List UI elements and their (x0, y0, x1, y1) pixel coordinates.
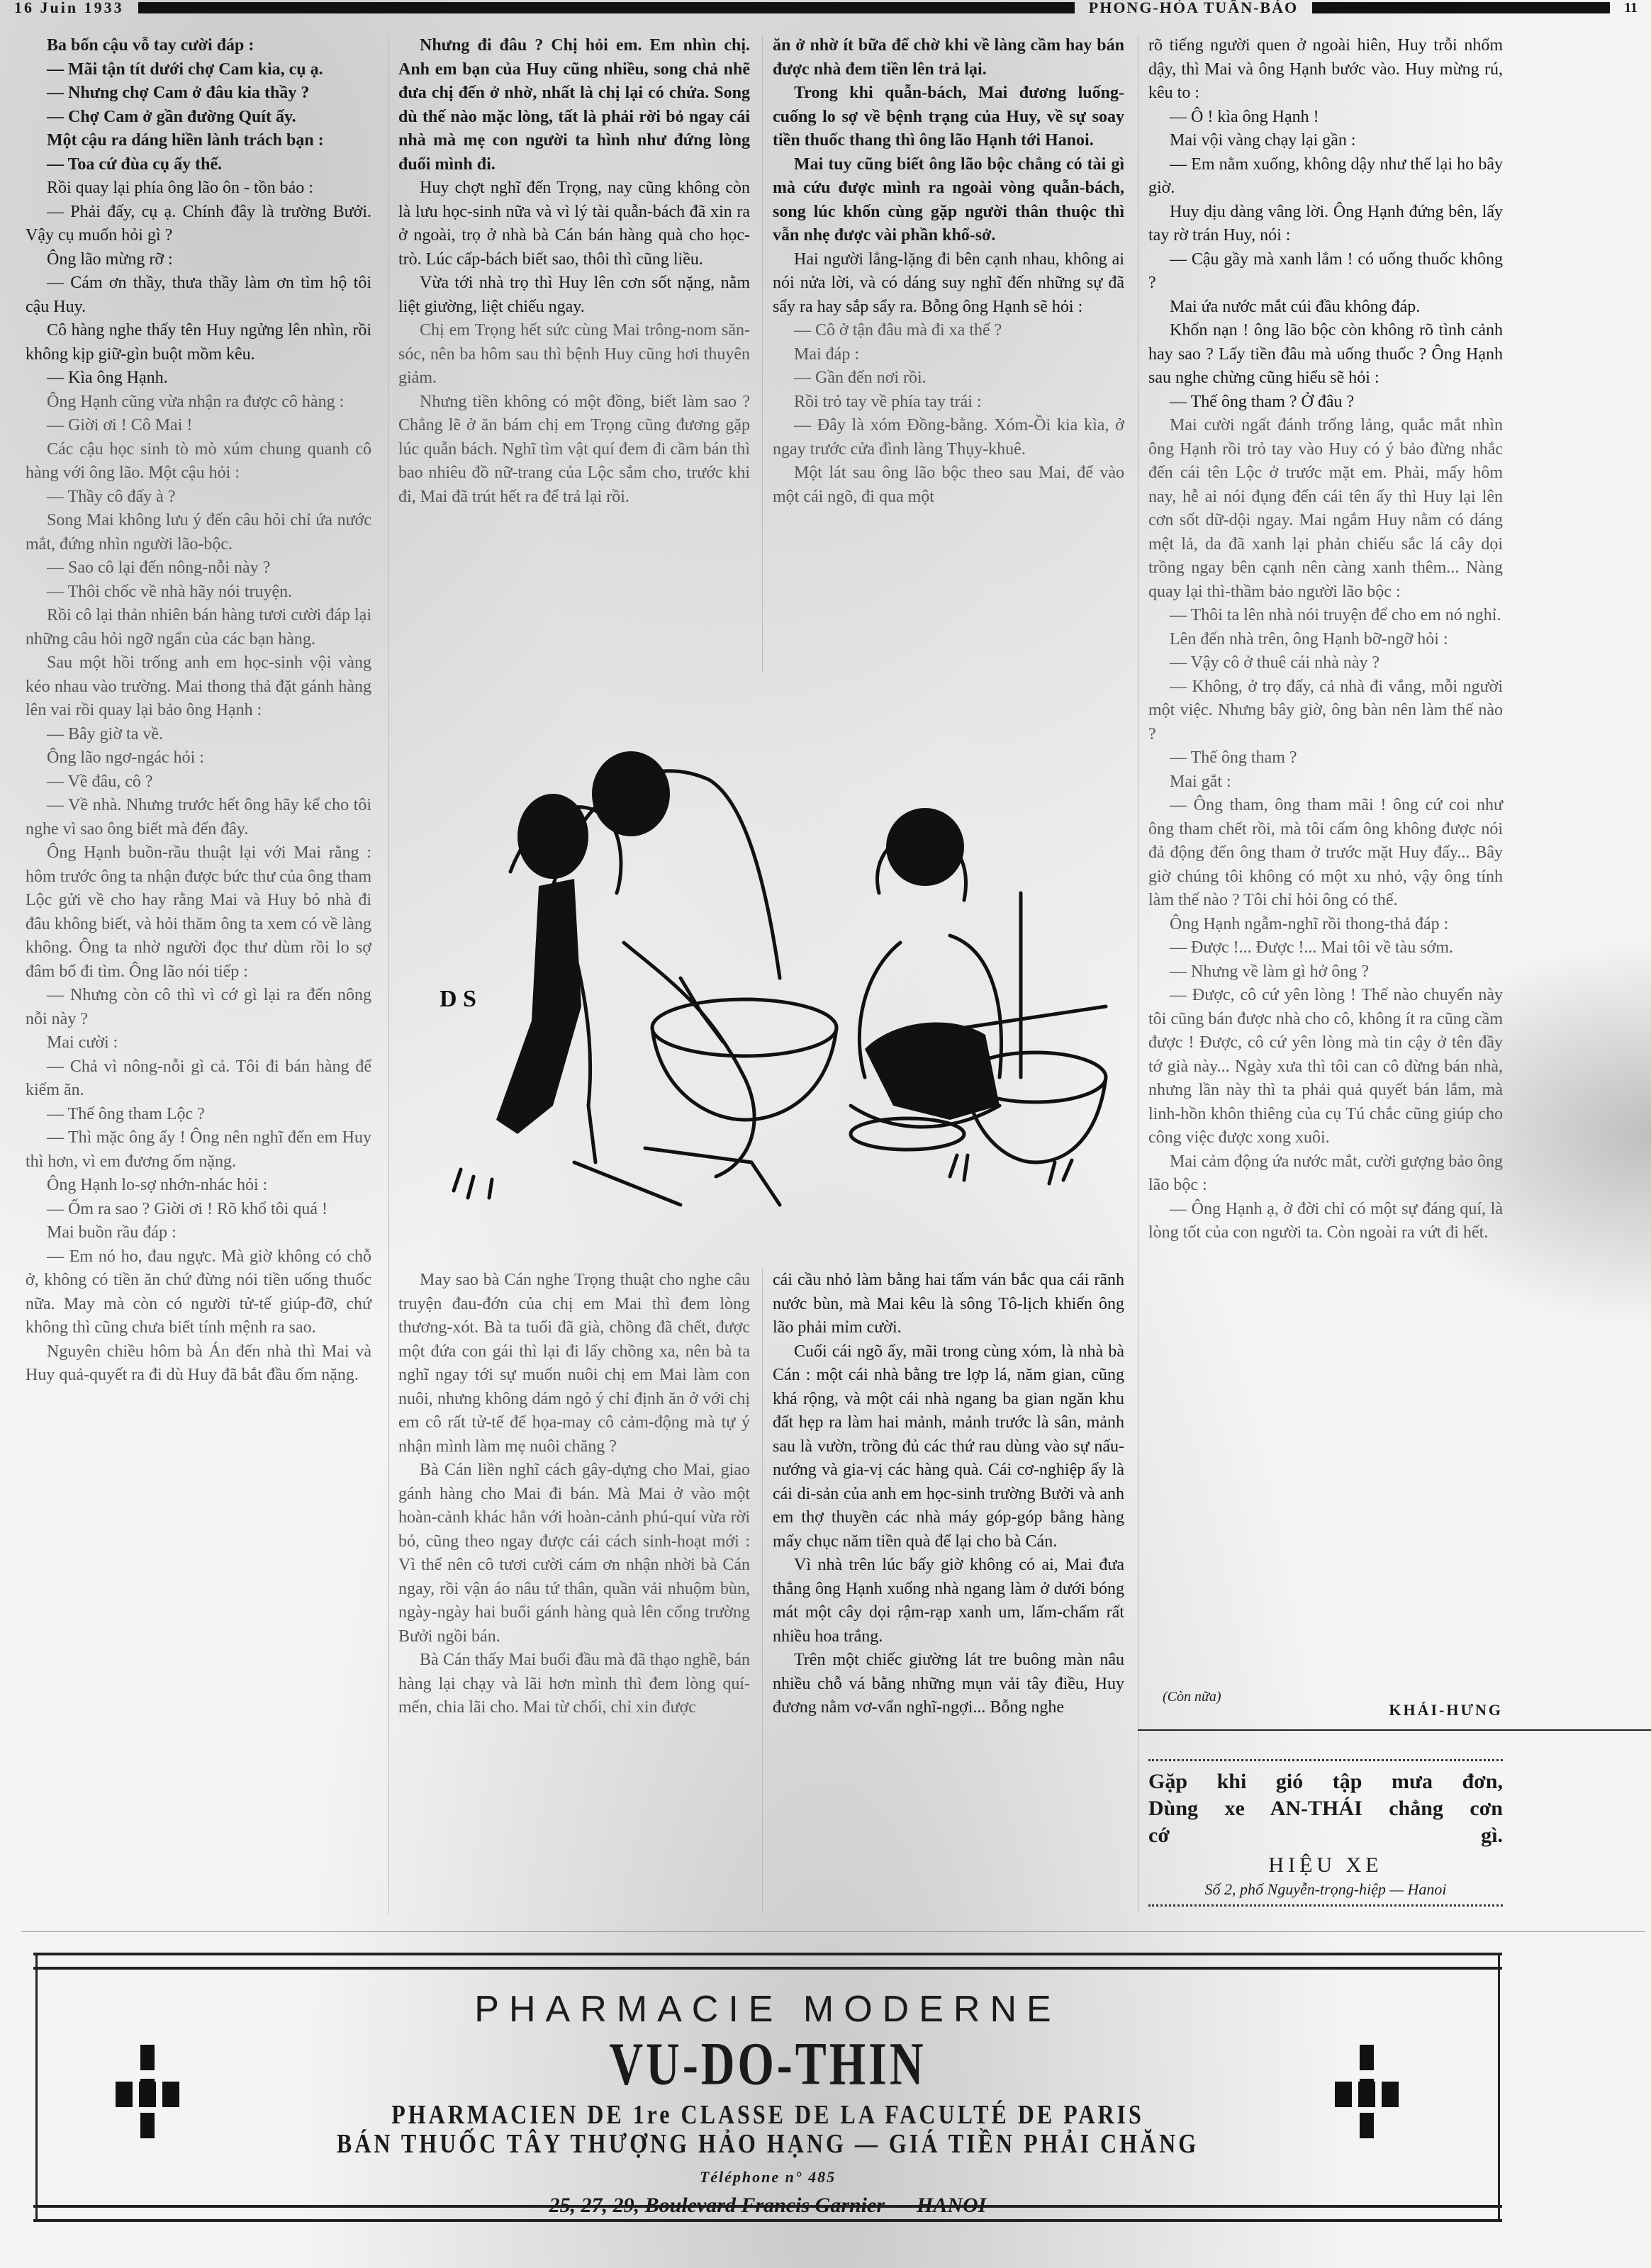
story-paragraph: — Thôi ta lên nhà nói truyện để cho em n… (1148, 604, 1503, 628)
story-column-1: Ba bốn cậu vỗ tay cười đáp :— Mãi tận tí… (26, 34, 371, 1388)
story-paragraph: — Sao cô lại đến nông-nỗi này ? (26, 556, 371, 580)
story-paragraph: Song Mai không lưu ý đến câu hỏi chỉ ứa … (26, 509, 371, 556)
story-paragraph: — Cám ơn thầy, thưa thầy làm ơn tìm hộ t… (26, 271, 371, 319)
story-paragraph: Rồi quay lại phía ông lão ôn - tồn bảo : (26, 176, 371, 201)
story-paragraph: Mai cảm động ứa nước mắt, cười gượng bảo… (1148, 1150, 1503, 1198)
ad-slogan: Gặp khi gió tập mưa đơn, Dùng xe AN-THÁI… (1148, 1768, 1503, 1849)
story-paragraph: Mai buồn rầu đáp : (26, 1221, 371, 1245)
slogan-line: Gặp khi gió tập mưa đơn, (1148, 1770, 1503, 1793)
story-paragraph: Cuối cái ngõ ấy, mãi trong cùng xóm, là … (773, 1340, 1124, 1554)
story-paragraph: May sao bà Cán nghe Trọng thuật cho nghe… (398, 1269, 750, 1459)
publication-title: PHONG-HÓA TUẦN-BÁO (1089, 0, 1298, 17)
story-paragraph: — Ốm ra sao ? Giời ơi ! Rõ khổ tôi quá ! (26, 1198, 371, 1222)
story-paragraph: — Thế ông tham Lộc ? (26, 1103, 371, 1127)
story-paragraph: — Về nhà. Nhưng trước hết ông hãy kể cho… (26, 794, 371, 841)
story-paragraph: — Nhưng còn cô thì vì cớ gì lại ra đến n… (26, 984, 371, 1031)
story-paragraph: Lên đến nhà trên, ông Hạnh bỡ-ngỡ hỏi : (1148, 628, 1503, 652)
story-paragraph: Mai cười : (26, 1031, 371, 1055)
story-column-3-bottom: cái cầu nhỏ làm bằng hai tấm ván bắc qua… (773, 1269, 1124, 1720)
story-paragraph: — Mãi tận tít dưới chợ Cam kia, cụ ạ. (26, 58, 371, 82)
story-paragraph: — Được, cô cứ yên lòng ! Thế nào chuyến … (1148, 984, 1503, 1150)
ad-frame-top (33, 1953, 1502, 1970)
column-divider (762, 35, 763, 673)
story-paragraph: Một lát sau ông lão bộc theo sau Mai, để… (773, 461, 1124, 509)
story-paragraph: — Thì mặc ông ấy ! Ông nên nghĩ đến em H… (26, 1126, 371, 1174)
story-paragraph: Vì nhà trên lúc bấy giờ không có ai, Mai… (773, 1554, 1124, 1649)
dotted-rule (1148, 1759, 1503, 1765)
ad-headline: PHARMACIE MODERNE (38, 1988, 1498, 2031)
story-paragraph: Rồi trỏ tay về phía tay trái : (773, 391, 1124, 415)
story-paragraph: — Về đâu, cô ? (26, 770, 371, 795)
story-paragraph: — Ông Hạnh ạ, ở đời chỉ có một sự đáng q… (1148, 1198, 1503, 1245)
story-paragraph: Mai vội vàng chạy lại gần : (1148, 129, 1503, 153)
story-paragraph: — Bây giờ ta về. (26, 723, 371, 747)
story-paragraph: — Nhưng chợ Cam ở đâu kia thầy ? (26, 82, 371, 106)
story-paragraph: Chị em Trọng hết sức cùng Mai trông-nom … (398, 319, 750, 391)
story-paragraph: cái cầu nhỏ làm bằng hai tấm ván bắc qua… (773, 1269, 1124, 1340)
story-paragraph: Huy dịu dàng vâng lời. Ông Hạnh đứng bên… (1148, 201, 1503, 248)
story-paragraph: — Thế ông tham ? (1148, 746, 1503, 770)
story-paragraph: Rồi cô lại thản nhiên bán hàng tươi cười… (26, 604, 371, 651)
ad-credentials: PHARMACIEN DE 1re CLASSE DE LA FACULTÉ D… (38, 2099, 1498, 2130)
story-paragraph: — Thôi chốc về nhà hãy nói truyện. (26, 580, 371, 605)
page-number: 11 (1624, 0, 1638, 16)
story-paragraph: Huy chợt nghĩ đến Trọng, nay cũng không … (398, 176, 750, 271)
ad-address: 25, 27, 29, Boulevard Francis Garnier — … (38, 2194, 1498, 2218)
ad-telephone: Téléphone n° 485 (38, 2168, 1498, 2186)
story-paragraph: Trong khi quẫn-bách, Mai đương luống-cuố… (773, 82, 1124, 153)
story-paragraph: Ba bốn cậu vỗ tay cười đáp : (26, 34, 371, 58)
story-paragraph: rõ tiếng người quen ở ngoài hiên, Huy tr… (1148, 34, 1503, 106)
story-paragraph: ăn ở nhờ ít bữa để chờ khi về làng cầm h… (773, 34, 1124, 82)
ad-tagline: BÁN THUỐC TÂY THƯỢNG HẢO HẠNG — GIÁ TIỀN… (38, 2128, 1498, 2159)
story-paragraph: — Thế ông tham ? Ở đâu ? (1148, 391, 1503, 415)
story-column-2-bottom: May sao bà Cán nghe Trọng thuật cho nghe… (398, 1269, 750, 1720)
story-paragraph: — Em nó ho, đau ngực. Mà giờ không có ch… (26, 1245, 371, 1340)
story-paragraph: Mai ứa nước mắt cúi đầu không đáp. (1148, 296, 1503, 320)
ad-brand-name: VU-DO-THIN (38, 2030, 1498, 2100)
story-paragraph: — Đây là xóm Đồng-bằng. Xóm-Ồi kia kìa, … (773, 414, 1124, 461)
artist-signature: D S (440, 986, 476, 1012)
story-paragraph: — Thầy cô đấy à ? (26, 485, 371, 510)
story-paragraph: — Ông tham, ông tham mãi ! ông cứ coi nh… (1148, 794, 1503, 913)
header-rule-right (1312, 2, 1610, 13)
column-divider (388, 35, 389, 1914)
story-column-4: rõ tiếng người quen ở ngoài hiên, Huy tr… (1148, 34, 1503, 1245)
slogan-line: cớ gì. (1148, 1822, 1503, 1849)
story-paragraph: Bà Cán liền nghĩ cách gây-dựng cho Mai, … (398, 1459, 750, 1649)
illustration-drawing: D S (411, 709, 1155, 1219)
story-column-2-top: Nhưng đi đâu ? Chị hỏi em. Em nhìn chị. … (398, 34, 750, 509)
page-header: 16 Juin 1933 PHONG-HÓA TUẦN-BÁO 11 (14, 0, 1638, 16)
story-paragraph: — Toa cứ đùa cụ ấy thế. (26, 153, 371, 177)
story-paragraph: Ông lão mừng rỡ : (26, 248, 371, 272)
story-paragraph: Trên một chiếc giường lát tre buông màn … (773, 1649, 1124, 1720)
story-paragraph: — Phải đấy, cụ ạ. Chính đây là trường Bư… (26, 201, 371, 248)
story-paragraph: Nhưng tiền không có một đồng, biết làm s… (398, 391, 750, 510)
ad-pharmacy: PHARMACIE MODERNE VU-DO-THIN PHARMACIEN … (35, 1953, 1500, 2222)
story-paragraph: — Em nằm xuống, không dậy như thế lại ho… (1148, 153, 1503, 201)
ad-separator (21, 1931, 1645, 1932)
header-rule (138, 2, 1075, 13)
story-paragraph: Nguyên chiều hôm bà Án đến nhà thì Mai v… (26, 1340, 371, 1388)
story-paragraph: — Cô ở tận đâu mà đi xa thế ? (773, 319, 1124, 343)
story-paragraph: — Không, ở trọ đấy, cả nhà đi vắng, mỗi … (1148, 675, 1503, 747)
ad-brand: HIỆU XE (1148, 1853, 1503, 1877)
column-divider (762, 1269, 763, 1914)
story-paragraph: Mai đáp : (773, 343, 1124, 367)
story-paragraph: — Ô ! kìa ông Hạnh ! (1148, 106, 1503, 130)
story-paragraph: Hai người lẳng-lặng đi bên cạnh nhau, kh… (773, 248, 1124, 320)
story-column-3-top: ăn ở nhờ ít bữa để chờ khi về làng cầm h… (773, 34, 1124, 509)
story-paragraph: Các cậu học sinh tò mò xúm chung quanh c… (26, 438, 371, 485)
story-paragraph: — Được !... Được !... Mai tôi về tàu sớm… (1148, 936, 1503, 960)
story-paragraph: Mai cười ngất đánh trống lảng, quắc mắt … (1148, 414, 1503, 604)
story-paragraph: — Cậu gầy mà xanh lắm ! có uống thuốc kh… (1148, 248, 1503, 296)
story-paragraph: Mai gắt : (1148, 770, 1503, 795)
ad-an-thai: Gặp khi gió tập mưa đơn, Dùng xe AN-THÁI… (1148, 1756, 1503, 1914)
issue-date: 16 Juin 1933 (14, 0, 124, 17)
story-paragraph: Ông Hạnh ngẫm-nghĩ rồi thong-thả đáp : (1148, 913, 1503, 937)
story-paragraph: Vừa tới nhà trọ thì Huy lên cơn sốt nặng… (398, 271, 750, 319)
story-paragraph: Sau một hồi trống anh em học-sinh vội và… (26, 651, 371, 723)
story-paragraph: — Chợ Cam ở gần đường Quít ấy. (26, 106, 371, 130)
story-paragraph: Nhưng đi đâu ? Chị hỏi em. Em nhìn chị. … (398, 34, 750, 176)
story-paragraph: — Vậy cô ở thuê cái nhà này ? (1148, 651, 1503, 675)
story-paragraph: Ông Hạnh cũng vừa nhận ra được cô hàng : (26, 391, 371, 415)
story-paragraph: Mai tuy cũng biết ông lão bộc chẳng có t… (773, 153, 1124, 248)
story-paragraph: — Kìa ông Hạnh. (26, 366, 371, 391)
story-paragraph: Ông lão ngơ-ngác hỏi : (26, 746, 371, 770)
story-illustration: D S (411, 709, 1155, 1219)
story-paragraph: — Gần đến nơi rồi. (773, 366, 1124, 391)
section-rule (1138, 1729, 1651, 1731)
slogan-line: Dùng xe AN-THÁI chẳng cơn (1148, 1797, 1503, 1820)
story-paragraph: Khốn nạn ! ông lão bộc còn không rõ tình… (1148, 319, 1503, 391)
dotted-rule (1148, 1904, 1503, 1911)
story-paragraph: Bà Cán thấy Mai buổi đầu mà đã thạo nghề… (398, 1649, 750, 1720)
story-paragraph: — Nhưng về làm gì hở ông ? (1148, 960, 1503, 984)
story-paragraph: — Giời ơi ! Cô Mai ! (26, 414, 371, 438)
story-paragraph: Cô hàng nghe thấy tên Huy ngửng lên nhìn… (26, 319, 371, 366)
story-footer: (Còn nữa) KHÁI-HƯNG (1148, 1683, 1503, 1719)
story-paragraph: Ông Hạnh lo-sợ nhớn-nhác hỏi : (26, 1174, 371, 1198)
story-paragraph: Một cậu ra dáng hiền lành trách bạn : (26, 129, 371, 153)
ad-address: Số 2, phố Nguyễn-trọng-hiệp — Hanoi (1148, 1880, 1503, 1899)
story-paragraph: — Chả vì nông-nỗi gì cả. Tôi đi bán hàng… (26, 1055, 371, 1103)
story-paragraph: Ông Hạnh buồn-rầu thuật lại với Mai rằng… (26, 841, 371, 984)
